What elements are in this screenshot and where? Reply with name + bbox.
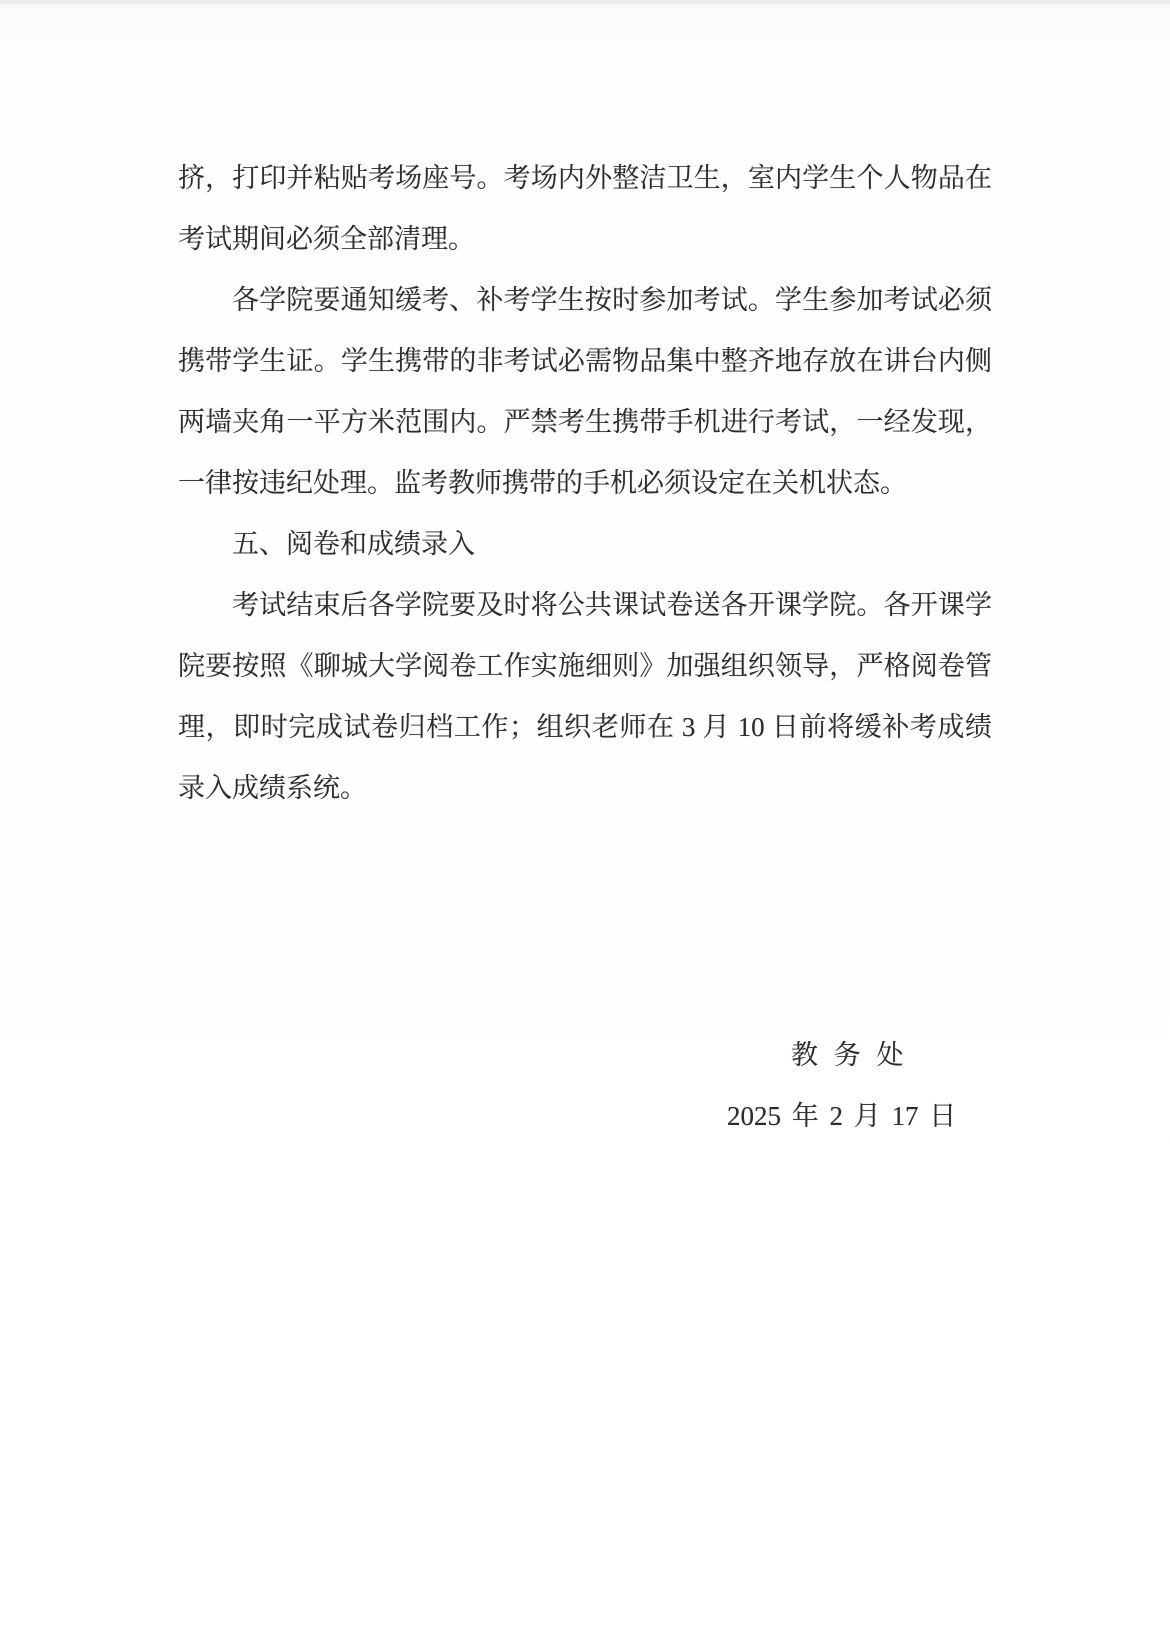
paragraph-line: 考试期间必须全部清理。: [178, 209, 992, 270]
paragraph-line: 携带学生证。学生携带的非考试必需物品集中整齐地存放在讲台内侧: [178, 331, 992, 392]
paragraph-line: 考试结束后各学院要及时将公共课试卷送各开课学院。各开课学: [178, 575, 992, 636]
paragraph-line: 录入成绩系统。: [178, 758, 992, 819]
paragraph-line: 一律按违纪处理。监考教师携带的手机必须设定在关机状态。: [178, 453, 992, 514]
paragraph-line: 理，即时完成试卷归档工作；组织老师在 3 月 10 日前将缓补考成绩: [178, 697, 992, 758]
paragraph-line: 院要按照《聊城大学阅卷工作实施细则》加强组织领导，严格阅卷管: [178, 636, 992, 697]
signature-department: 教 务 处: [791, 1025, 904, 1085]
scanned-notice-page: { "page": { "background_color": "#fefefe…: [0, 0, 1170, 1650]
paragraph-line: 各学院要通知缓考、补考学生按时参加考试。学生参加考试必须: [178, 270, 992, 331]
signature-date: 2025 年 2 月 17 日: [727, 1086, 956, 1146]
paragraph-line: 挤，打印并粘贴考场座号。考场内外整洁卫生，室内学生个人物品在: [178, 148, 992, 209]
page-top-edge: [0, 0, 1170, 4]
notice-body: 挤，打印并粘贴考场座号。考场内外整洁卫生，室内学生个人物品在 考试期间必须全部清…: [178, 148, 992, 819]
section-heading-5: 五、阅卷和成绩录入: [178, 514, 992, 575]
paragraph-line: 两墙夹角一平方米范围内。严禁考生携带手机进行考试，一经发现，: [178, 392, 992, 453]
